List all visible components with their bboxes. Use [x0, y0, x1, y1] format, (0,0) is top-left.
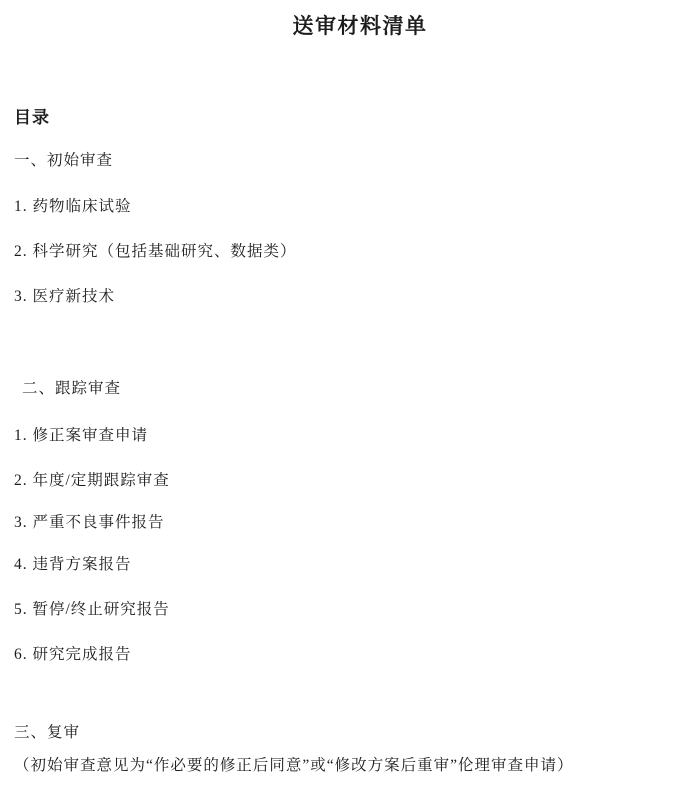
toc-heading: 目录 [14, 103, 50, 128]
section-2-item-4: 4. 违背方案报告 [14, 555, 132, 575]
section-3-note: （初始审查意见为“作必要的修正后同意”或“修改方案后重审”伦理审查申请） [14, 756, 574, 776]
section-2-item-5: 5. 暂停/终止研究报告 [14, 600, 170, 620]
document-page: 送审材料清单 目录 一、初始审查 1. 药物临床试验 2. 科学研究（包括基础研… [0, 0, 690, 807]
section-2-heading: 二、跟踪审查 [22, 379, 121, 399]
section-3-heading: 三、复审 [14, 723, 80, 743]
section-2-item-6: 6. 研究完成报告 [14, 645, 132, 665]
section-2-item-3: 3. 严重不良事件报告 [14, 513, 165, 533]
section-1-item-3: 3. 医疗新技术 [14, 287, 115, 307]
section-2-item-2: 2. 年度/定期跟踪审查 [14, 471, 170, 491]
document-title: 送审材料清单 [0, 10, 690, 40]
section-1-item-1: 1. 药物临床试验 [14, 197, 132, 217]
section-2-item-1: 1. 修正案审查申请 [14, 426, 148, 446]
section-1-heading: 一、初始审查 [14, 151, 113, 171]
section-1-item-2: 2. 科学研究（包括基础研究、数据类） [14, 242, 297, 262]
